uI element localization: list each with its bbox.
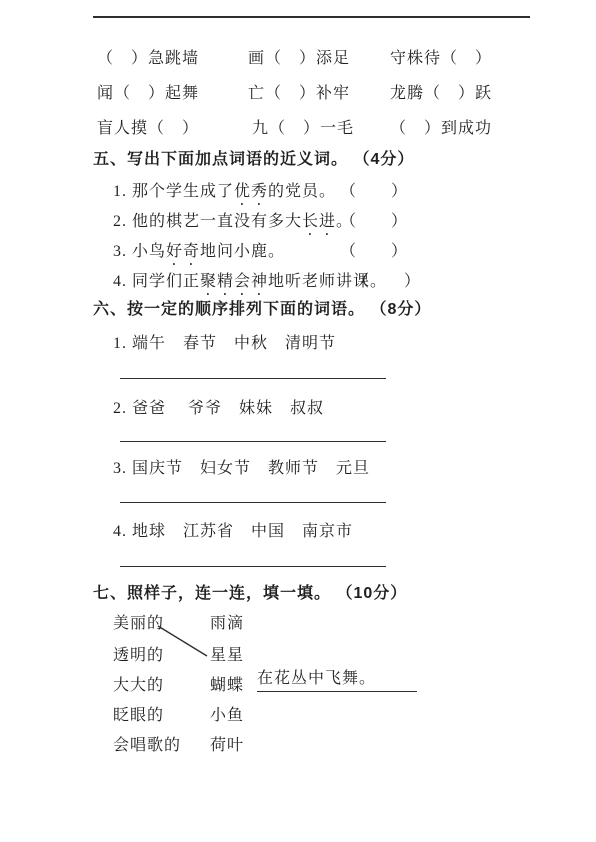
- match-right-item: 雨滴: [210, 615, 244, 632]
- emphasized-word: 优秀: [234, 183, 268, 200]
- answer-parentheses: （ ）: [340, 213, 408, 230]
- match-right-item: 蝴蝶: [210, 677, 244, 694]
- idiom-cell: 守株待（ ）: [390, 50, 492, 67]
- idiom-cell: 盲人摸（ ）: [97, 120, 199, 137]
- idiom-cell: 九（ ）一毛: [252, 120, 354, 137]
- sentence-pre: 小鸟: [132, 243, 166, 260]
- emphasized-word: 聚精会神: [200, 273, 268, 290]
- idiom-cell: 画（ ）添足: [248, 50, 350, 67]
- match-left-item: 会唱歌的: [113, 737, 181, 754]
- idiom-cell: （ ）到成功: [390, 120, 492, 137]
- synonym-item: 4.同学们正聚精会神地听老师讲课。 （ ）: [113, 273, 387, 299]
- section6-title: 六、按一定的顺序排列下面的词语。 （8分）: [93, 301, 431, 319]
- match-left-item: 透明的: [113, 647, 164, 664]
- synonym-item: 1.那个学生成了优秀的党员。 （ ）: [113, 183, 336, 209]
- item-number: 3.: [113, 243, 127, 260]
- answer-line: [120, 502, 386, 503]
- section5-title: 五、写出下面加点词语的近义词。 （4分）: [93, 151, 414, 169]
- word-list: 地球 江苏省 中国 南京市: [132, 523, 353, 540]
- item-number: 2.: [113, 400, 127, 417]
- item-number: 4.: [113, 523, 127, 540]
- section7-title: 七、照样子，连一连，填一填。 （10分）: [93, 585, 407, 603]
- sentence-pre: 同学们正: [132, 273, 200, 290]
- match-right-item: 小鱼: [210, 707, 244, 724]
- sentence-pre: 那个学生成了: [132, 183, 234, 200]
- match-left-item: 大大的: [113, 677, 164, 694]
- worksheet-page: （ ）急跳墙 画（ ）添足 守株待（ ） 闻（ ）起舞 亡（ ）补牢 龙腾（ ）…: [0, 0, 596, 842]
- match-left-item: 眨眼的: [113, 707, 164, 724]
- word-list: 端午 春节 中秋 清明节: [132, 335, 336, 352]
- answer-line: [120, 566, 386, 567]
- example-fill-blank: 在花丛中飞舞。: [257, 670, 417, 692]
- answer-line: [120, 378, 386, 379]
- answer-line: [120, 441, 386, 442]
- sentence-pre: 他的棋艺一直没有多大: [132, 213, 302, 230]
- synonym-item: 2.他的棋艺一直没有多大长进。 （ ）: [113, 213, 353, 239]
- synonym-item: 3.小鸟好奇地问小鹿。 （ ）: [113, 243, 285, 269]
- idiom-cell: （ ）急跳墙: [97, 50, 199, 67]
- match-left-item: 美丽的: [113, 615, 164, 632]
- ordering-item: 1.端午 春节 中秋 清明节: [113, 335, 336, 352]
- sentence-post: 地问小鹿。: [200, 243, 285, 260]
- word-list: 国庆节 妇女节 教师节 元旦: [132, 460, 370, 477]
- word-list: 爸爸 爷爷 妹妹 叔叔: [132, 400, 324, 417]
- item-number: 3.: [113, 460, 127, 477]
- match-right-item: 星星: [210, 647, 244, 664]
- idiom-cell: 亡（ ）补牢: [248, 85, 350, 102]
- idiom-cell: 闻（ ）起舞: [97, 85, 199, 102]
- ordering-item: 3.国庆节 妇女节 教师节 元旦: [113, 460, 370, 477]
- sentence-post: 的党员。: [268, 183, 336, 200]
- emphasized-word: 好奇: [166, 243, 200, 260]
- item-number: 4.: [113, 273, 127, 290]
- item-number: 1.: [113, 183, 127, 200]
- ordering-item: 4.地球 江苏省 中国 南京市: [113, 523, 353, 540]
- top-divider: [93, 16, 530, 18]
- idiom-cell: 龙腾（ ）跃: [390, 85, 492, 102]
- answer-parentheses: （ ）: [340, 183, 408, 200]
- match-right-item: 荷叶: [210, 737, 244, 754]
- emphasized-word: 长进: [302, 213, 336, 230]
- answer-parentheses: （ ）: [340, 243, 408, 260]
- ordering-item: 2.爸爸 爷爷 妹妹 叔叔: [113, 400, 324, 417]
- item-number: 2.: [113, 213, 127, 230]
- item-number: 1.: [113, 335, 127, 352]
- answer-parentheses: （ ）: [353, 273, 421, 290]
